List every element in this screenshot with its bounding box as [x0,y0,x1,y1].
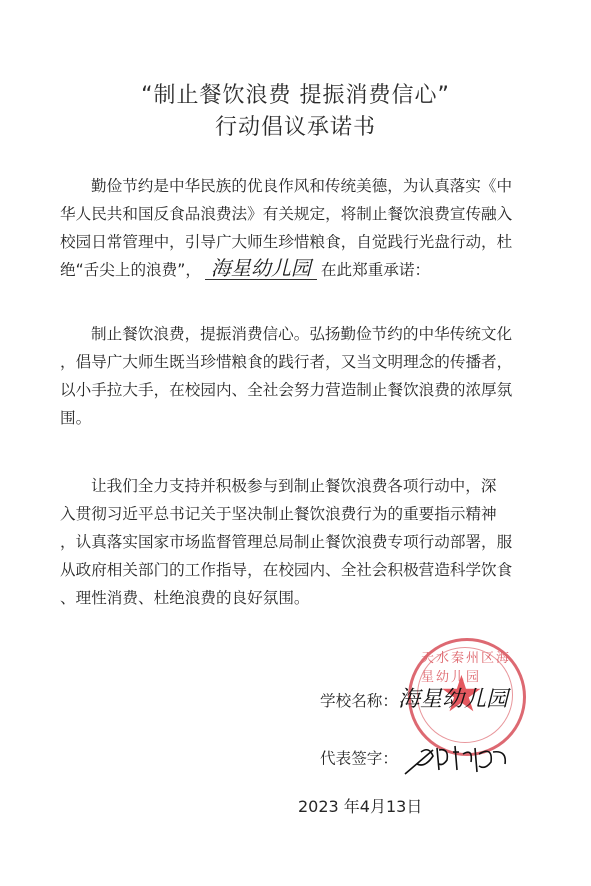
document-title-line1: “制止餐饮浪费 提振消费信心” [0,78,591,109]
document-date: 2023 年4月13日 [298,794,422,817]
school-name-handwritten: 海星幼儿园 [398,687,508,712]
representative-label: 代表签字： [320,750,398,768]
handwritten-school-name: 海星幼儿园 [205,257,317,280]
paragraph-line: 围。 [60,404,546,432]
document-title-line2: 行动倡议承诺书 [0,110,591,141]
paragraph-line: 入贯彻习近平总书记关于坚决制止餐饮浪费行为的重要指示精神 [60,500,546,528]
paragraph-line: 绝“舌尖上的浪费”，海星幼儿园在此郑重承诺： [60,256,546,284]
paragraph-line: 制止餐饮浪费，提振消费信心。弘扬勤俭节约的中华传统文化 [60,320,546,348]
paragraph-line: 以小手拉大手，在校园内、全社会努力营造制止餐饮浪费的浓厚氛 [60,376,546,404]
paragraph-line: ，倡导广大师生既当珍惜粮食的践行者，又当文明理念的传播者， [60,348,546,376]
line-prefix: 绝“舌尖上的浪费”， [60,261,201,279]
paragraph-line: 让我们全力支持并积极参与到制止餐饮浪费各项行动中，深 [60,472,546,500]
paragraph-3: 让我们全力支持并积极参与到制止餐饮浪费各项行动中，深 入贯彻习近平总书记关于坚决… [60,472,546,612]
paragraph-line: 勤俭节约是中华民族的优良作风和传统美德，为认真落实《中 [60,172,546,200]
line-suffix: 在此郑重承诺： [321,261,430,279]
paragraph-2: 制止餐饮浪费，提振消费信心。弘扬勤俭节约的中华传统文化 ，倡导广大师生既当珍惜粮… [60,320,546,432]
paragraph-line: 华人民共和国反食品浪费法》有关规定，将制止餐饮浪费宣传融入 [60,200,546,228]
school-name-row: 学校名称：海星幼儿园 [320,682,508,713]
paragraph-1: 勤俭节约是中华民族的优良作风和传统美德，为认真落实《中 华人民共和国反食品浪费法… [60,172,546,284]
representative-signature-row: 代表签字： [320,742,513,776]
paragraph-line: ，认真落实国家市场监督管理总局制止餐饮浪费专项行动部署，服 [60,528,546,556]
paragraph-line: 从政府相关部门的工作指导，在校园内、全社会积极营造科学饮食 [60,556,546,584]
paragraph-line: 、理性消费、杜绝浪费的良好氛围。 [60,584,546,612]
school-name-label: 学校名称： [320,692,398,710]
paragraph-line: 校园日常管理中，引导广大师生珍惜粮食，自觉践行光盘行动，杜 [60,228,546,256]
handwritten-signature [403,742,513,776]
